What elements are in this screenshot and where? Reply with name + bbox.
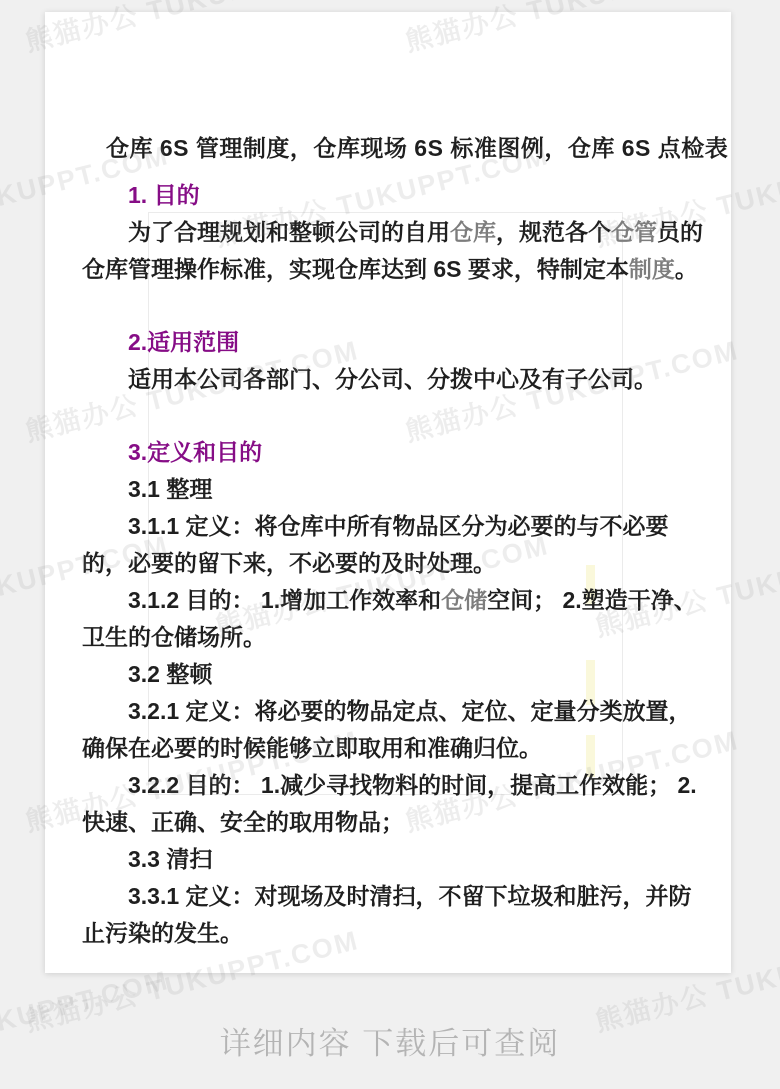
text-segment: 仓管 (611, 219, 657, 245)
text-segment: 空间； 2.塑造干净、 (487, 587, 697, 613)
text-segment: 卫生的仓储场所。 (82, 624, 266, 650)
text-segment: 2.适用范围 (128, 329, 239, 355)
text-line: 止污染的发生。 (82, 915, 705, 952)
document-preview: 仓库 6S 管理制度，仓库现场 6S 标准图例，仓库 6S 点检表1. 目的为了… (0, 0, 780, 1089)
text-segment: 为了合理规划和整顿公司的自用 (128, 219, 450, 245)
text-line: 适用本公司各部门、分公司、分拨中心及有子公司。 (82, 361, 705, 398)
text-line: 3.1.2 目的： 1.增加工作效率和仓储空间； 2.塑造干净、 (82, 582, 705, 619)
text-line: 3.2.1 定义：将必要的物品定点、定位、定量分类放置， (82, 693, 705, 730)
footer-bar: 详细内容 下载后可查阅 (0, 973, 780, 1089)
text-segment: 快速、正确、安全的取用物品； (82, 809, 404, 835)
text-segment: 3.3.1 定义：对现场及时清扫，不留下垃圾和脏污，并防 (128, 883, 692, 909)
document-title: 仓库 6S 管理制度，仓库现场 6S 标准图例，仓库 6S 点检表 (106, 130, 705, 167)
text-segment: 3.2.2 目的： 1.减少寻找物料的时间，提高工作效能； 2. (128, 772, 697, 798)
text-line: 的，必要的留下来，不必要的及时处理。 (82, 545, 705, 582)
text-segment: 仓库 6S 管理制度，仓库现场 6S 标准图例，仓库 6S 点检表 (106, 135, 728, 161)
document-page: 仓库 6S 管理制度，仓库现场 6S 标准图例，仓库 6S 点检表1. 目的为了… (45, 12, 731, 973)
text-line: 确保在必要的时候能够立即取用和准确归位。 (82, 730, 705, 767)
text-segment: 3.2.1 定义：将必要的物品定点、定位、定量分类放置， (128, 698, 692, 724)
text-segment: 3.2 整顿 (128, 661, 212, 687)
text-segment: 确保在必要的时候能够立即取用和准确归位。 (82, 735, 542, 761)
blank-line (82, 288, 705, 314)
text-line: 3.1 整理 (82, 471, 705, 508)
blank-line (82, 398, 705, 424)
text-segment: 仓储 (441, 587, 487, 613)
text-segment: 3.1 整理 (128, 476, 212, 502)
text-line: 3.2.2 目的： 1.减少寻找物料的时间，提高工作效能； 2. (82, 767, 705, 804)
text-segment: 3.1.1 定义：将仓库中所有物品区分为必要的与不必要 (128, 513, 669, 539)
text-segment: 1. 目的 (128, 182, 200, 208)
text-segment: 。 (675, 256, 698, 282)
text-segment: 止污染的发生。 (82, 920, 243, 946)
text-segment: 制度 (629, 256, 675, 282)
document-content: 仓库 6S 管理制度，仓库现场 6S 标准图例，仓库 6S 点检表1. 目的为了… (82, 130, 705, 952)
text-line: 仓库管理操作标准，实现仓库达到 6S 要求，特制定本制度。 (82, 251, 705, 288)
section-heading: 2.适用范围 (82, 324, 705, 361)
text-segment: 3.3 清扫 (128, 846, 212, 872)
text-line: 为了合理规划和整顿公司的自用仓库，规范各个仓管员的 (82, 214, 705, 251)
text-line: 3.2 整顿 (82, 656, 705, 693)
text-segment: 的，必要的留下来，不必要的及时处理。 (82, 550, 496, 576)
text-segment: 适用本公司各部门、分公司、分拨中心及有子公司。 (128, 366, 657, 392)
text-line: 快速、正确、安全的取用物品； (82, 804, 705, 841)
text-line: 3.3 清扫 (82, 841, 705, 878)
text-segment: 仓库 (450, 219, 496, 245)
text-line: 3.1.1 定义：将仓库中所有物品区分为必要的与不必要 (82, 508, 705, 545)
text-line: 3.3.1 定义：对现场及时清扫，不留下垃圾和脏污，并防 (82, 878, 705, 915)
section-heading: 3.定义和目的 (82, 434, 705, 471)
text-segment: ，规范各个 (496, 219, 611, 245)
text-segment: 员的 (657, 219, 703, 245)
text-segment: 3.定义和目的 (128, 439, 262, 465)
text-line: 卫生的仓储场所。 (82, 619, 705, 656)
section-heading: 1. 目的 (82, 177, 705, 214)
text-segment: 3.1.2 目的： 1.增加工作效率和 (128, 587, 441, 613)
text-segment: 仓库管理操作标准，实现仓库达到 6S 要求，特制定本 (82, 256, 629, 282)
download-notice: 详细内容 下载后可查阅 (0, 1018, 780, 1063)
